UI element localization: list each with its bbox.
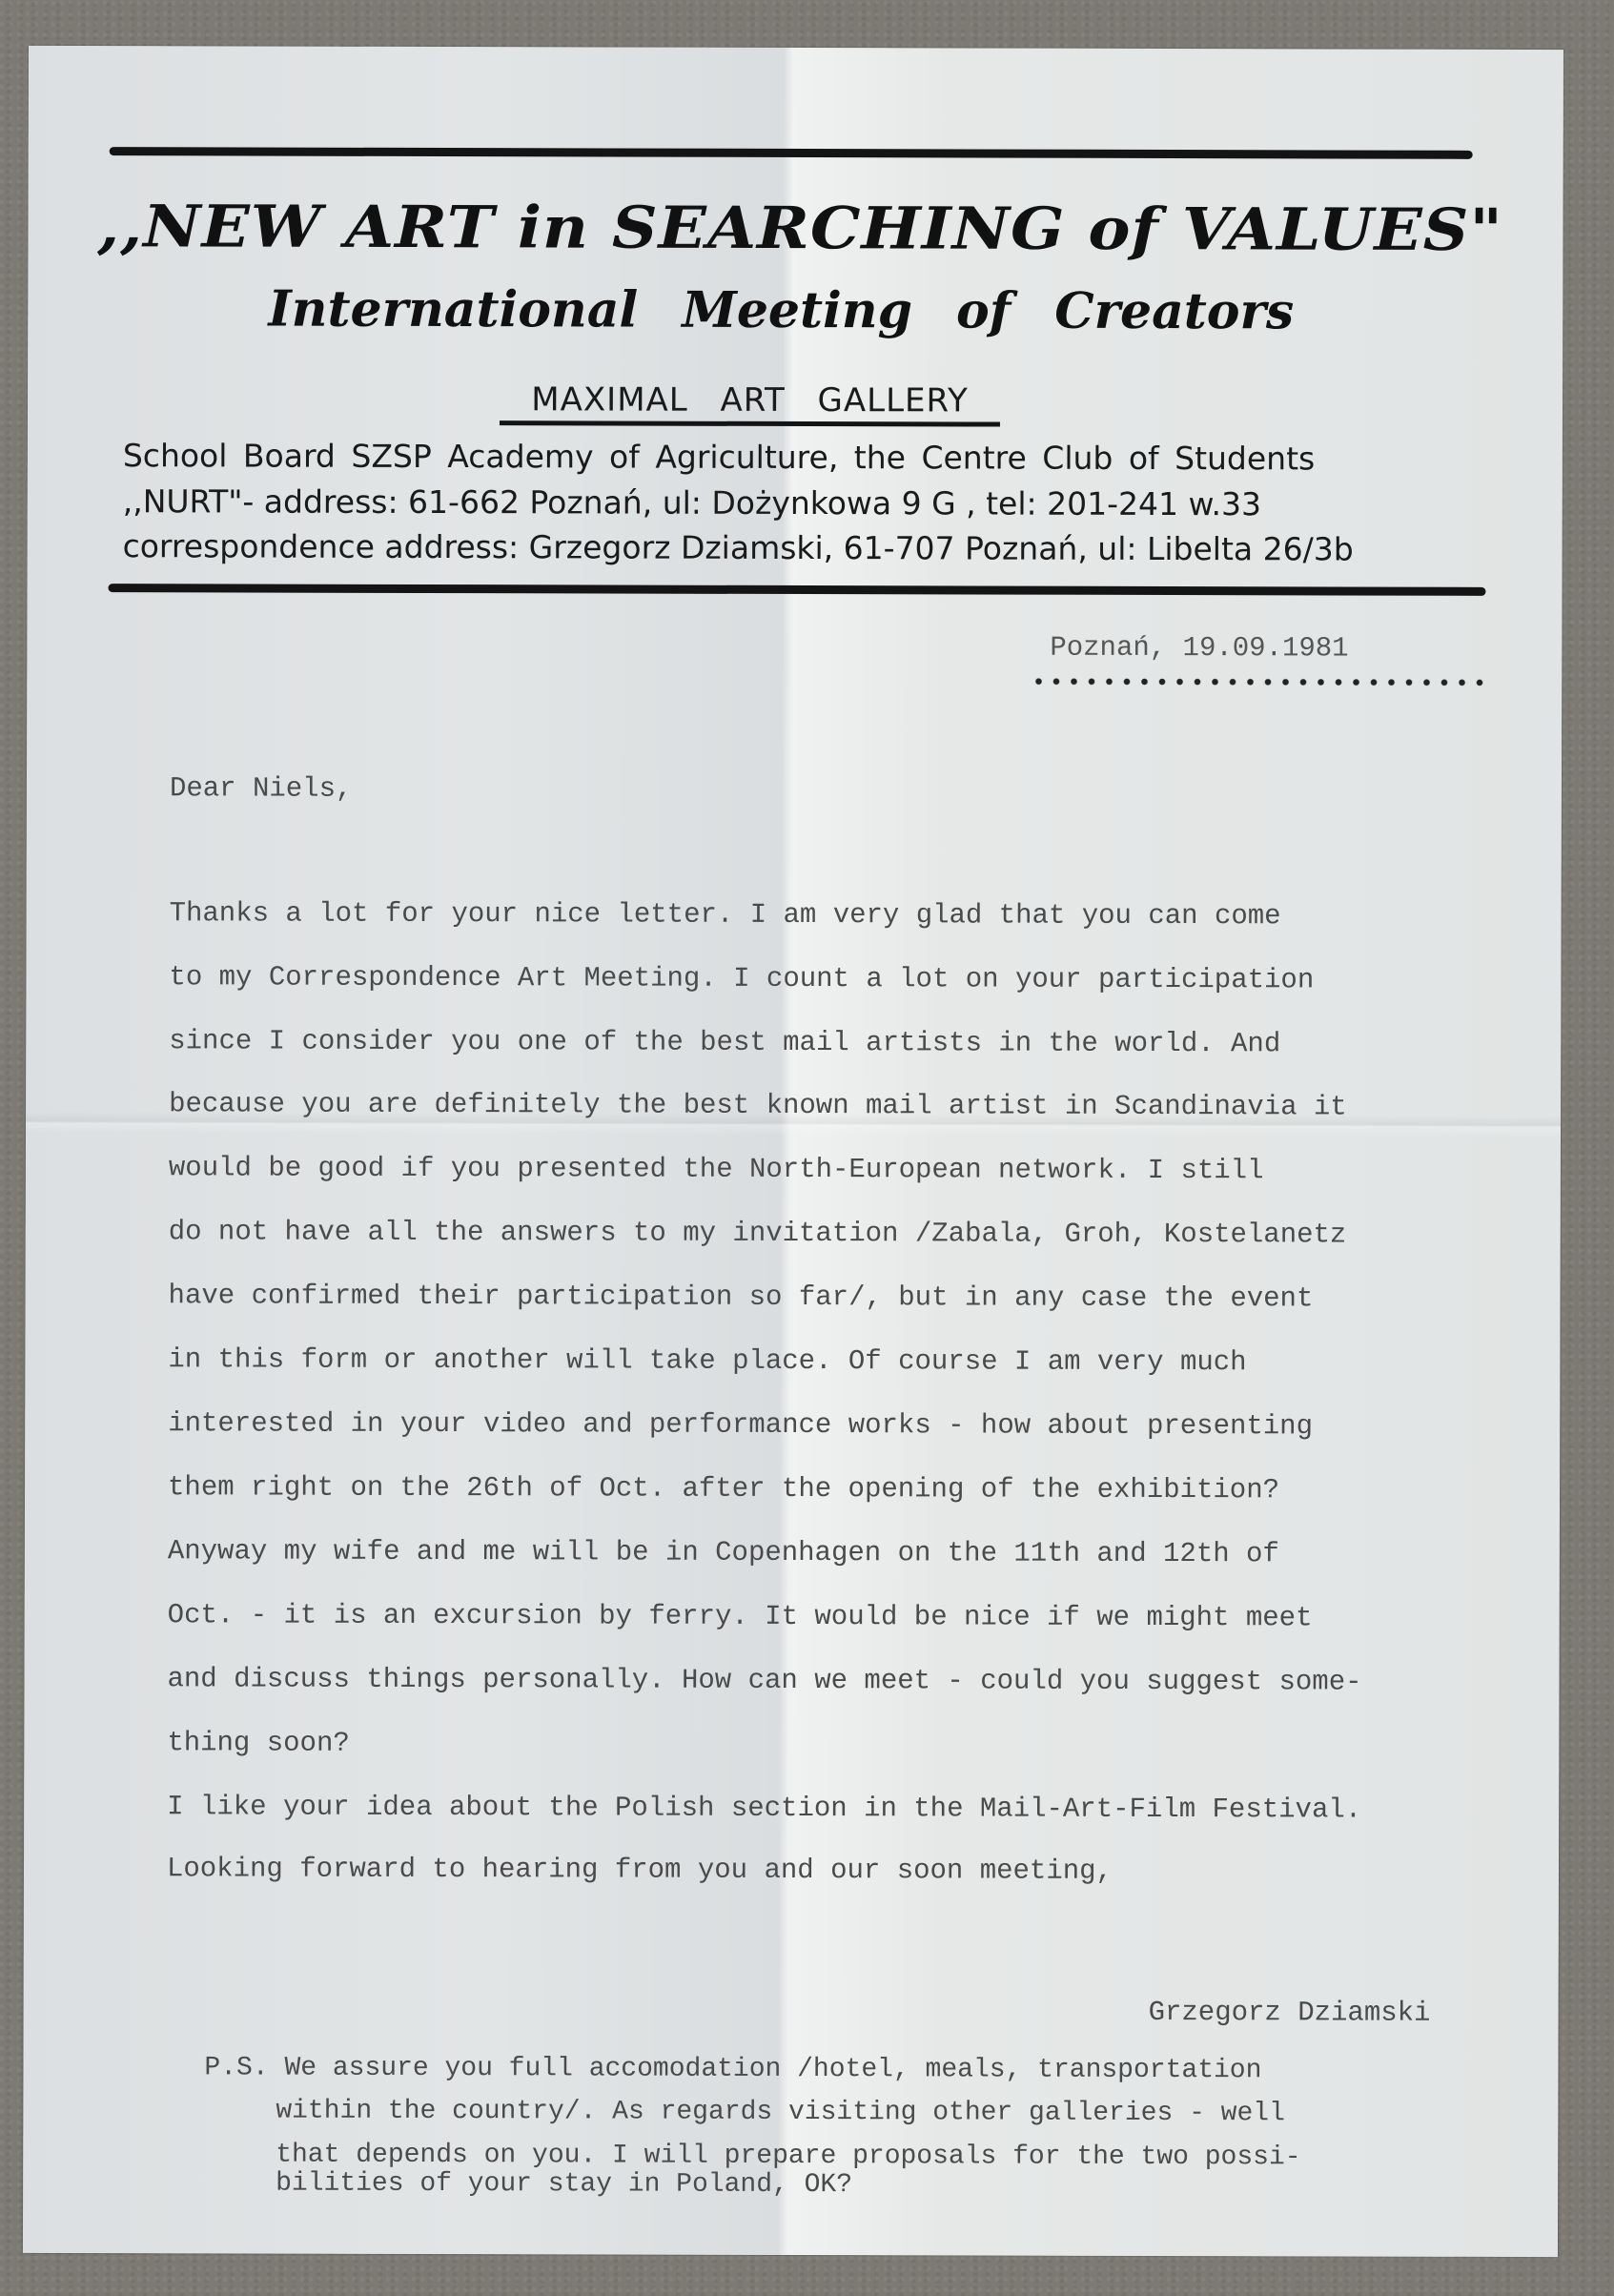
address-line: correspondence address: Grzegorz Dziamsk… [123, 527, 1496, 569]
body-line: interested in your video and performance… [168, 1407, 1313, 1442]
address-line: School Board SZSP Academy of Agriculture… [123, 437, 1496, 479]
body-line: because you are definitely the best know… [169, 1088, 1347, 1122]
body-line: I like your idea about the Polish sectio… [167, 1791, 1361, 1825]
signature: Grzegorz Dziamski [1149, 1997, 1431, 2029]
address-line: ,,NURT"- address: 61-662 Poznań, ul: Doż… [123, 482, 1496, 524]
body-line: do not have all the answers to my invita… [169, 1216, 1347, 1250]
body-line: thing soon? [167, 1727, 350, 1759]
salutation: Dear Niels, [170, 772, 353, 805]
ps-line: P.S. We assure you full accomodation /ho… [204, 2053, 1261, 2085]
header-bottom-rule [109, 584, 1486, 596]
body-line: Thanks a lot for your nice letter. I am … [170, 897, 1281, 932]
gallery-name: MAXIMAL ART GALLERY [500, 380, 1000, 426]
letter-paper: ,,NEW ART in SEARCHING of VALUES" Intern… [23, 46, 1563, 2257]
body-line: have confirmed their participation so fa… [169, 1280, 1314, 1314]
header-top-rule [110, 147, 1473, 159]
body-line: in this form or another will take place.… [168, 1343, 1246, 1378]
letterhead-title: ,,NEW ART in SEARCHING of VALUES" [75, 192, 1524, 264]
body-line: Anyway my wife and me will be in Copenha… [168, 1535, 1279, 1569]
letterhead-subtitle: International Meeting of Creators [161, 279, 1400, 340]
ps-line: within the country/. As regards visiting… [276, 2097, 1285, 2129]
body-line: and discuss things personally. How can w… [167, 1663, 1361, 1697]
body-line: Looking forward to hearing from you and … [167, 1853, 1113, 1887]
body-line: since I consider you one of the best mai… [169, 1025, 1280, 1059]
body-line: them right on the 26th of Oct. after the… [168, 1471, 1279, 1506]
ps-line: bilities of your stay in Poland, OK? [276, 2169, 852, 2201]
body-line: to my Correspondence Art Meeting. I coun… [169, 961, 1314, 995]
body-line: would be good if you presented the North… [169, 1152, 1264, 1186]
body-line: Oct. - it is an excursion by ferry. It w… [168, 1599, 1313, 1633]
date-dotted-line [1030, 678, 1492, 687]
letter-date: Poznań, 19.09.1981 [1050, 632, 1348, 665]
ps-line: that depends on you. I will prepare prop… [276, 2141, 1300, 2173]
